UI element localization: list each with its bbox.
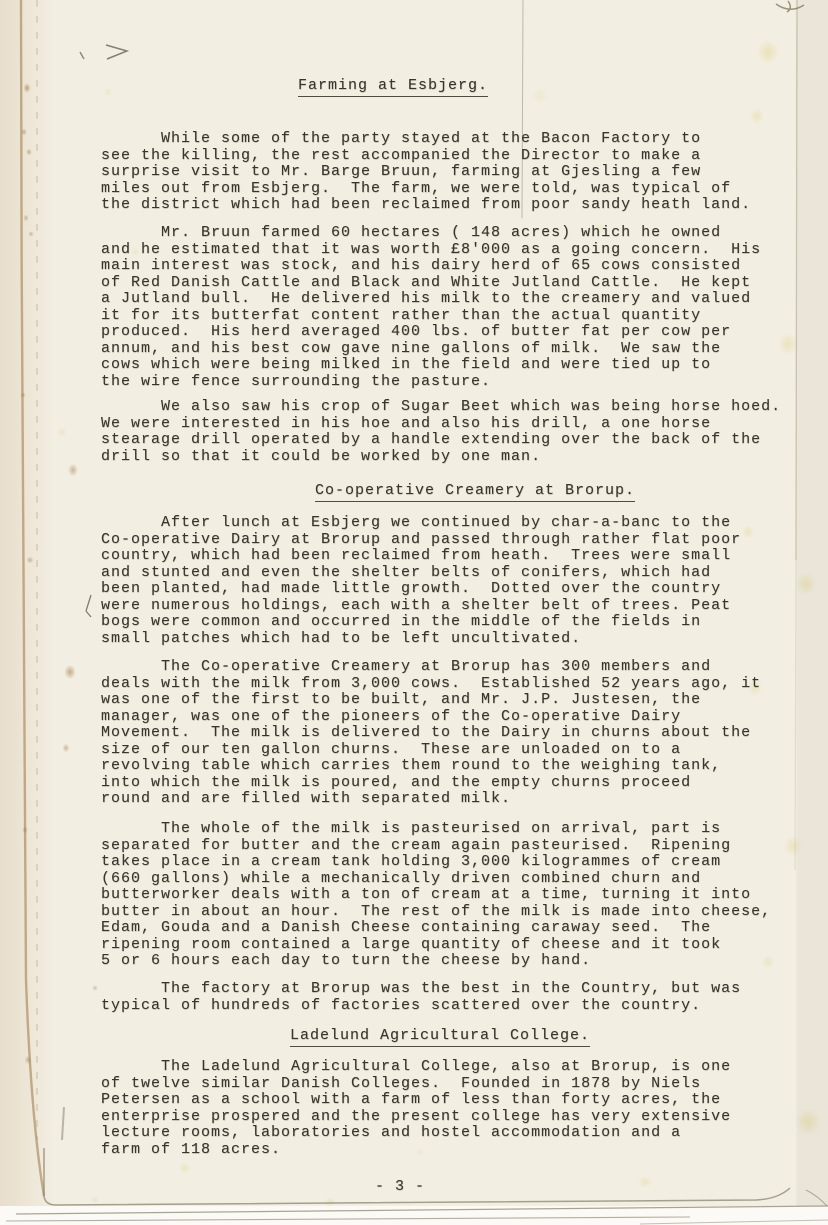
paragraph-factory-best: The factory at Brorup was the best in th… <box>101 981 741 1014</box>
page-number: - 3 - <box>375 1179 425 1196</box>
paragraph-milk-pasteurised: The whole of the milk is pasteurised on … <box>101 821 771 970</box>
paragraph-creamery-members: The Co-operative Creamery at Brorup has … <box>101 659 761 808</box>
paragraph-bruun-farm: Mr. Bruun farmed 60 hectares ( 148 acres… <box>101 225 761 390</box>
section-heading-ladelund-college: Ladelund Agricultural College. <box>290 1028 590 1047</box>
paragraph-ladelund-college: The Ladelund Agricultural College, also … <box>101 1059 731 1158</box>
paragraph-sugar-beet: We also saw his crop of Sugar Beet which… <box>101 399 781 465</box>
section-heading-cooperative-creamery: Co-operative Creamery at Brorup. <box>315 483 635 502</box>
paragraph-bacon-factory-visit: While some of the party stayed at the Ba… <box>101 131 751 214</box>
typewritten-text-layer: Farming at Esbjerg. While some of the pa… <box>0 0 828 1225</box>
section-heading-farming-at-esbjerg: Farming at Esbjerg. <box>298 78 488 97</box>
paragraph-char-a-banc-journey: After lunch at Esbjerg we continued by c… <box>101 515 741 647</box>
scanned-page: Farming at Esbjerg. While some of the pa… <box>0 0 828 1225</box>
